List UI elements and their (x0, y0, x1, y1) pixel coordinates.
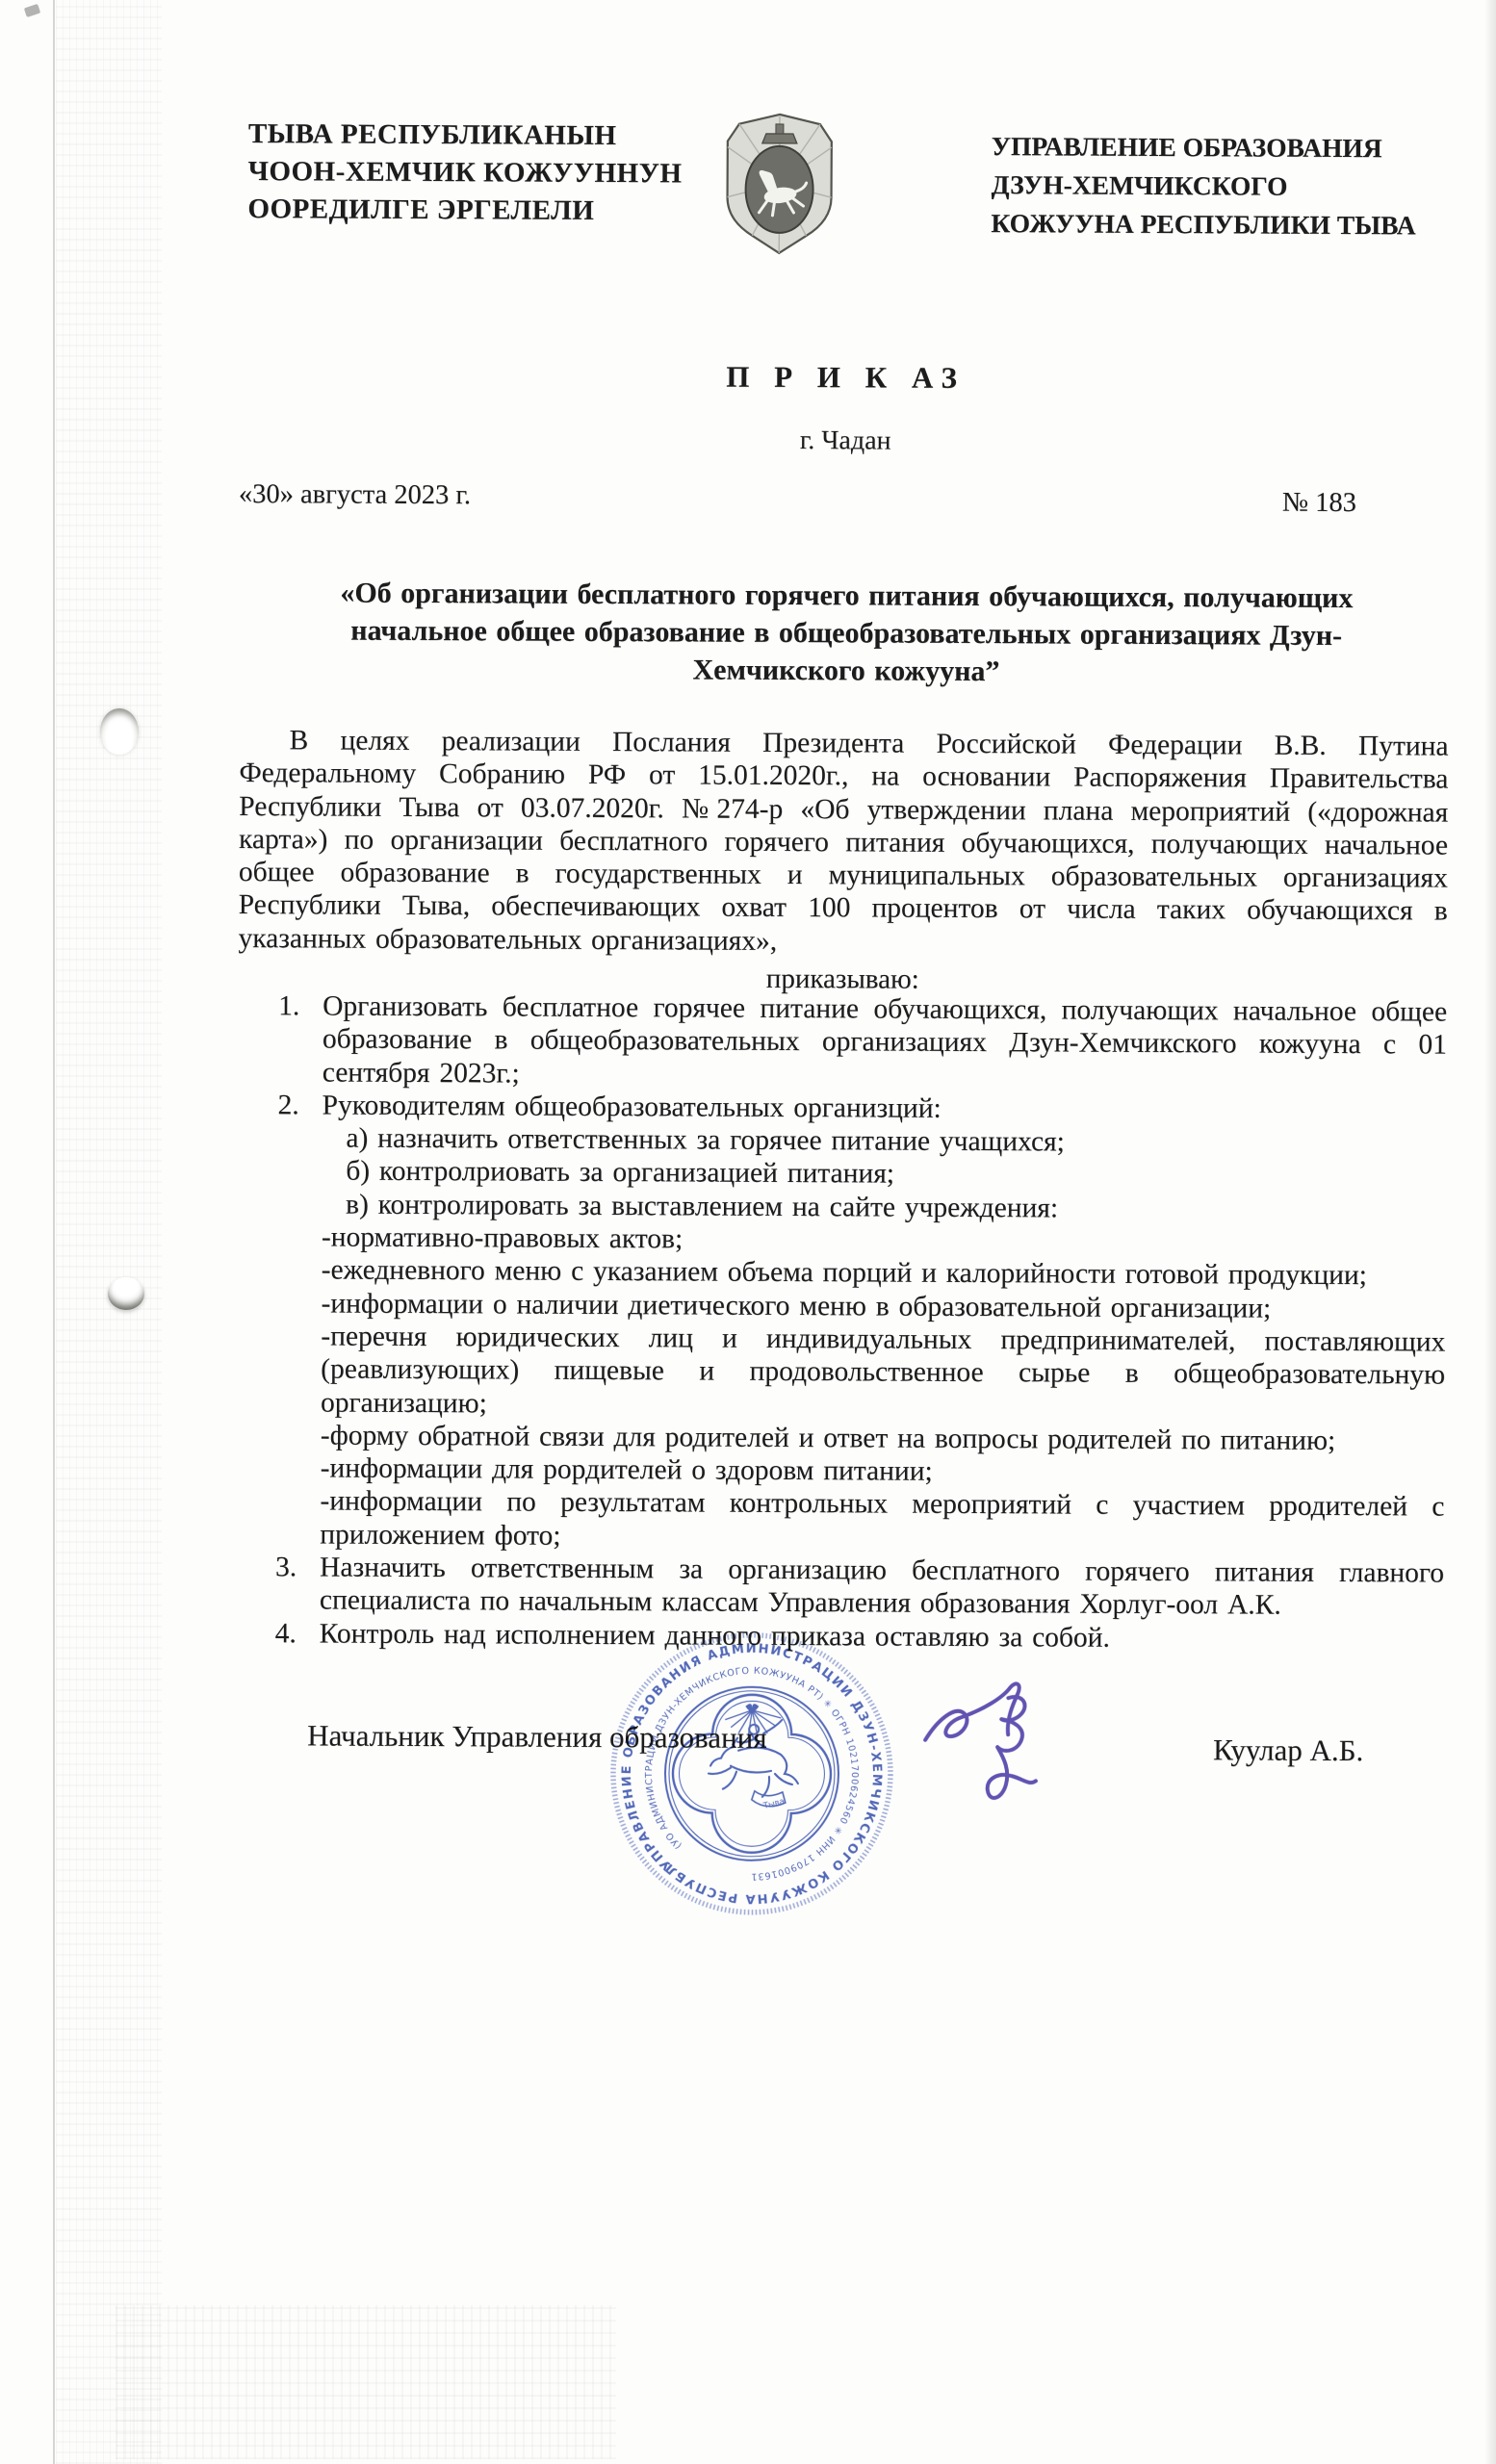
order-item-1: 1. Организовать бесплатное горячее питан… (238, 989, 1448, 1094)
org-name-russian-line: ДЗУН-ХЕМЧИКСКОГО (992, 166, 1444, 206)
subitem-b: б) контролриовать за организацией питани… (346, 1155, 1446, 1193)
preamble-paragraph: В целях реализации Послания Президента Р… (238, 724, 1448, 962)
signatory-name: Куулар А.Б. (1213, 1733, 1363, 1767)
item-2-body: Руководителям общеобразовательных органи… (320, 1089, 1446, 1556)
svg-text:(УО АДМИНИСТРАЦИИ ДЗУН-ХЕМЧИКС: (УО АДМИНИСТРАЦИИ ДЗУН-ХЕМЧИКСКОГО КОЖУУ… (606, 1629, 897, 1919)
org-name-tuvan-line: ЧООН-ХЕМЧИК КОЖУУННУН (248, 153, 787, 193)
order-item-2: 2. Руководителям общеобразовательных орг… (235, 1089, 1446, 1557)
stamp-center-label: Тыва (761, 1797, 786, 1811)
date-line: «30» августа 2023 г. (239, 478, 471, 513)
official-round-stamp: УПРАВЛЕНИЕ ОБРАЗОВАНИЯ АДМИНИСТРАЦИИ ДЗУ… (606, 1629, 897, 1919)
horse-and-rider (709, 1720, 798, 1797)
org-name-russian-line: УПРАВЛЕНИЕ ОБРАЗОВАНИЯ (992, 127, 1444, 167)
item-number: 3. (235, 1551, 320, 1584)
stamp-inner-text: (УО АДМИНИСТРАЦИИ ДЗУН-ХЕМЧИКСКОГО КОЖУУ… (606, 1629, 897, 1919)
dash-item: -ежедневного меню с указанием объема пор… (322, 1254, 1446, 1293)
org-name-tuvan-line: ООРЕДИЛГЕ ЭРГЕЛЕЛИ (247, 191, 787, 231)
dash-item: -перечня юридических лиц и индивидуальны… (321, 1320, 1446, 1424)
dash-item: -информации по результатам контрольных м… (320, 1485, 1444, 1557)
handwritten-signature (919, 1677, 1084, 1817)
document-page: ТЫВА РЕСПУБЛИКАНЫН ЧООН-ХЕМЧИК КОЖУУННУН… (0, 0, 1496, 2464)
item-number: 4. (235, 1617, 320, 1651)
item-text: Организовать бесплатное горячее питание … (322, 989, 1448, 1094)
quatrefoil-outline (673, 1694, 832, 1853)
order-item-3: 3. Назначить ответственным за организаци… (235, 1551, 1444, 1623)
order-subject: «Об организации бесплатного горячего пит… (288, 574, 1406, 692)
city-line: г. Чадан (241, 422, 1450, 461)
item-text: Назначить ответственным за организацию б… (320, 1551, 1444, 1623)
scanned-order-document: { "doc": { "header": { "left_lines": ["Т… (0, 0, 1496, 2464)
item-number: 2. (238, 1089, 322, 1122)
org-name-russian: УПРАВЛЕНИЕ ОБРАЗОВАНИЯ ДЗУН-ХЕМЧИКСКОГО … (991, 127, 1444, 244)
org-name-tuvan: ТЫВА РЕСПУБЛИКАНЫН ЧООН-ХЕМЧИК КОЖУУННУН… (247, 115, 787, 231)
document-number: № 183 (1282, 487, 1356, 521)
order-items: 1. Организовать бесплатное горячее питан… (235, 989, 1448, 1656)
org-name-russian-line: КОЖУУНА РЕСПУБЛИКИ ТЫВА (991, 204, 1443, 244)
item-number: 1. (238, 989, 322, 1023)
coat-of-arms-icon (719, 109, 839, 259)
document-title: П Р И К АЗ (241, 358, 1450, 398)
org-name-tuvan-line: ТЫВА РЕСПУБЛИКАНЫН (248, 115, 787, 156)
